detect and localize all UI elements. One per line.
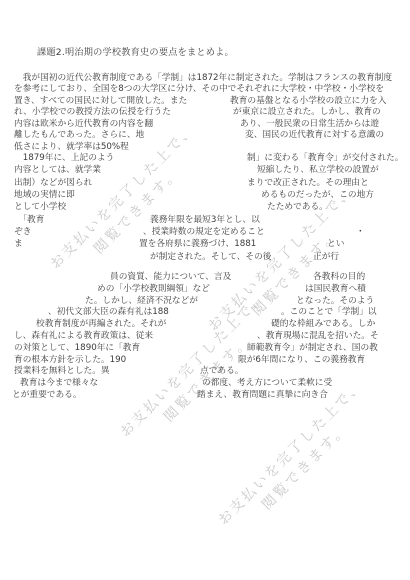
text-fragment: し、森有礼による教育政策は、従来 xyxy=(14,331,153,341)
document-page: 課題2.明治期の学校教育史の要点をまとめよ。 お支払いを完了した上で、閲覧できま… xyxy=(0,0,410,580)
text-fragment: は国民教育へ積 xyxy=(305,284,366,294)
text-fragment: 「教育 xyxy=(14,215,44,225)
text-fragment: まりで改正された。その理由と xyxy=(247,178,369,188)
text-fragment: 授業料を無料とした。異 xyxy=(14,366,110,376)
text-fragment: の都度、考え方について柔軟に受 xyxy=(202,378,332,388)
text-fragment: 出制）などが図られ xyxy=(14,178,92,188)
text-fragment: 我が国初の近代公教育制度である「学制」は1872年に制定された。学制はフランスの… xyxy=(14,73,392,83)
text-fragment: 、初代文部大臣の森有礼は188 xyxy=(48,307,169,317)
text-fragment: たためである。 xyxy=(267,202,328,212)
text-fragment: あり、一般民衆の日常生活からは遊 xyxy=(240,119,379,129)
text-fragment: 踏まえ、教育問題に真摯に向き合 xyxy=(197,390,328,400)
text-fragment: 教育の基盤となる小学校の設立に力を入 xyxy=(230,96,386,106)
text-fragment: とい xyxy=(327,239,344,249)
text-fragment: 置き、すべての国民に対して開放した。また xyxy=(14,96,187,106)
text-fragment: とが重要である。 xyxy=(12,390,82,400)
text-fragment: た。しかし、経済不況などが xyxy=(85,296,198,306)
text-fragment: 点である。 xyxy=(200,366,243,376)
text-fragment: の対策として、1890年に「教育 xyxy=(14,343,140,353)
text-fragment: 限が6年間になり、この義務教育 xyxy=(238,355,365,365)
text-fragment: 内容としては、就学業 xyxy=(14,165,101,175)
text-fragment: 内容は欧米から近代教育の内容を翻 xyxy=(14,119,153,129)
text-fragment: 短縮したり、私立学校の設置が xyxy=(257,165,379,175)
text-fragment: 制」に変わる「教育令」が交付された。 xyxy=(247,153,403,163)
text-fragment: 離したもんであった。さらに、地 xyxy=(14,130,144,140)
text-fragment: 師範教育令」が制定され、国の教 xyxy=(247,343,378,353)
document-text-layer: 我が国初の近代公教育制度である「学制」は1872年に制定された。学制はフランスの… xyxy=(0,0,410,580)
text-fragment: として小学校 xyxy=(14,202,66,212)
text-fragment: 1879年に、上記のよう xyxy=(14,153,114,163)
text-fragment: れ、小学校での教授方法の伝授を行うた xyxy=(14,107,171,117)
text-fragment: 低さにより、就学率は50%程 xyxy=(14,142,129,152)
text-fragment: 礎的な枠組みである。しか xyxy=(271,319,375,329)
text-fragment: が東京に設立された。しかし、教育の xyxy=(233,107,381,117)
text-fragment: ・ xyxy=(356,227,365,237)
text-fragment: 員の資質、能力について、言及 xyxy=(110,272,231,282)
text-fragment: 義務年限を最短3年とし、以 xyxy=(150,215,260,225)
text-fragment: 置を各府県に義務づけ、1881 xyxy=(139,239,256,249)
text-fragment: を参考にしており、全国を8つの大学区に分け、その中でそれぞれに大学校・中学校・小… xyxy=(14,84,384,94)
text-fragment: 正が行 xyxy=(313,252,339,262)
text-fragment: 、教育現場に混乱を招いた。そ xyxy=(257,331,379,341)
text-fragment: 校教育制度が再編された。それが xyxy=(36,319,166,329)
text-fragment: めるものだったが、この地方 xyxy=(261,190,374,200)
text-fragment: 地域の実情に即 xyxy=(14,190,75,200)
text-fragment: めの「小学校教則綱領」など xyxy=(97,284,210,294)
text-fragment: 、授業時数の規定を定めること xyxy=(143,227,265,237)
text-fragment: ま xyxy=(14,239,23,249)
text-fragment: ぞき xyxy=(14,227,31,237)
text-fragment: が制定された。そして、その後 xyxy=(150,252,271,262)
text-fragment: 教育は今まで様々な xyxy=(20,378,98,388)
text-fragment: 育の根本方針を示した。190 xyxy=(14,355,126,365)
text-fragment: 各教科の目的 xyxy=(313,272,365,282)
text-fragment: 変、国民の近代教育に対する意識の xyxy=(245,130,384,140)
text-fragment: 。このことで「学制」以 xyxy=(281,307,377,317)
text-fragment: となった。そのよう xyxy=(296,296,374,306)
